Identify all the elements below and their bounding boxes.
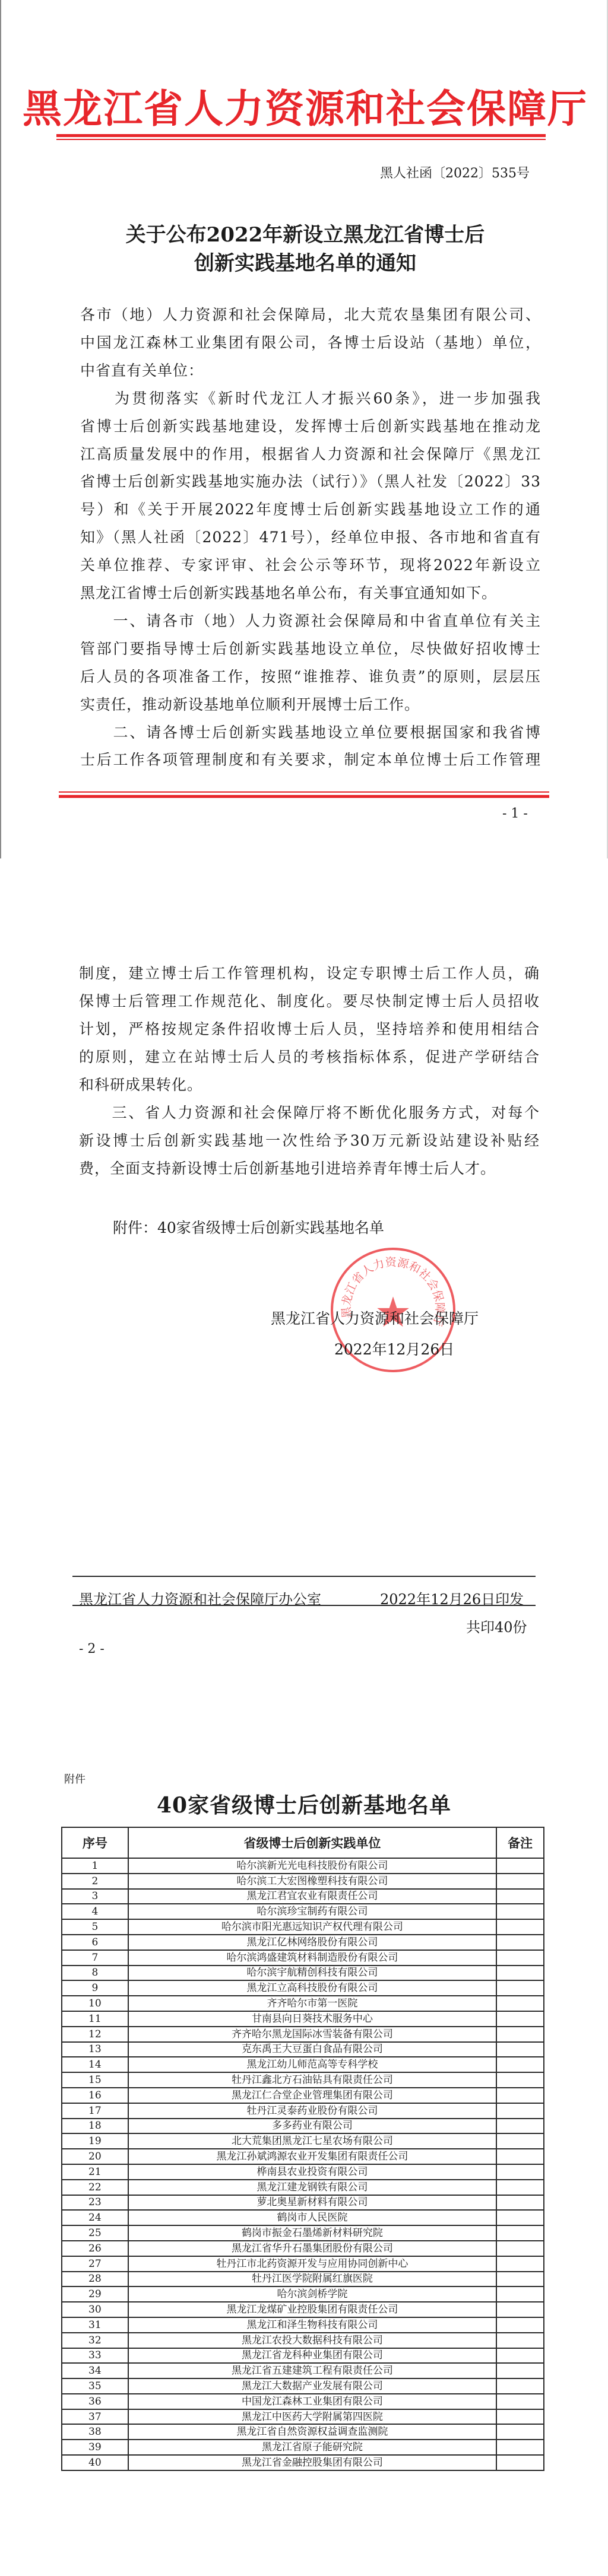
table-row: 37黑龙江中医药大学附属第四医院 bbox=[62, 2409, 544, 2425]
table-row: 38黑龙江省自然资源权益调查监测院 bbox=[62, 2424, 544, 2440]
row-remark bbox=[496, 2057, 544, 2072]
table-row: 16黑龙江仁合堂企业管理集团有限公司 bbox=[62, 2088, 544, 2103]
table-row: 17牡丹江灵泰药业股份有限公司 bbox=[62, 2103, 544, 2119]
row-remark bbox=[496, 2195, 544, 2211]
row-unit-name: 牡丹江医学院附属红旗医院 bbox=[128, 2272, 496, 2287]
table-row: 26黑龙江省华升石墨集团股份有限公司 bbox=[62, 2241, 544, 2256]
row-index: 8 bbox=[62, 1966, 128, 1981]
table-row: 19北大荒集团黑龙江七星农场有限公司 bbox=[62, 2133, 544, 2149]
row-index: 33 bbox=[62, 2348, 128, 2364]
table-row: 29哈尔滨剑桥学院 bbox=[62, 2286, 544, 2302]
row-unit-name: 黑龙江农投大数据科技有限公司 bbox=[128, 2333, 496, 2348]
row-unit-name: 克东禹王大豆蛋白食品有限公司 bbox=[128, 2042, 496, 2057]
row-remark bbox=[496, 2409, 544, 2425]
table-row: 33黑龙江省龙科种业集团有限公司 bbox=[62, 2348, 544, 2364]
body-line: 保博士后管理工作规范化、制度化。要尽快制定博士后人员招收 bbox=[79, 993, 540, 1010]
table-row: 4哈尔滨珍宝制药有限公司 bbox=[62, 1904, 544, 1919]
table-row: 8哈尔滨宇航精创科技有限公司 bbox=[62, 1966, 544, 1981]
table-header-row: 序号 省级博士后创新实践单位 备注 bbox=[62, 1827, 544, 1858]
page-2: 制度，建立博士后工作管理机构，设定专职博士后工作人员，确保博士后管理工作规范化、… bbox=[0, 859, 608, 1654]
table-row: 2哈尔滨工大宏图橡塑科技有限公司 bbox=[62, 1874, 544, 1889]
row-remark bbox=[496, 2440, 544, 2455]
table-row: 14黑龙江幼儿师范高等专科学校 bbox=[62, 2057, 544, 2072]
row-index: 16 bbox=[62, 2088, 128, 2103]
row-unit-name: 哈尔滨新光光电科技股份有限公司 bbox=[128, 1858, 496, 1874]
table-row: 5哈尔滨市阳光惠远知识产权代理有限公司 bbox=[62, 1919, 544, 1935]
page-1: 黑龙江省人力资源和社会保障厅 黑人社函〔2022〕535号 关于公布2022年新… bbox=[0, 0, 608, 858]
row-index: 34 bbox=[62, 2363, 128, 2378]
attachment-page: 附件 40家省级博士后创新基地名单 序号 省级博士后创新实践单位 备注 1哈尔滨… bbox=[0, 1654, 608, 2576]
row-index: 11 bbox=[62, 2011, 128, 2027]
row-remark bbox=[496, 1966, 544, 1981]
table-row: 40黑龙江省金融控股集团有限公司 bbox=[62, 2455, 544, 2470]
row-index: 24 bbox=[62, 2210, 128, 2225]
row-remark bbox=[496, 2378, 544, 2394]
row-remark bbox=[496, 1919, 544, 1935]
row-remark bbox=[496, 2210, 544, 2225]
row-unit-name: 黑龙江亿林网络股份有限公司 bbox=[128, 1935, 496, 1950]
row-index: 19 bbox=[62, 2133, 128, 2149]
row-index: 29 bbox=[62, 2286, 128, 2302]
table-row: 34黑龙江省五建建筑工程有限责任公司 bbox=[62, 2363, 544, 2378]
attachment-reference: 附件：40家省级博士后创新实践基地名单 bbox=[113, 1219, 384, 1237]
body-line: 省博士后创新实践基地实施办法（试行）》（黑人社发〔2022〕33 bbox=[80, 473, 541, 491]
notice-title-line-1: 关于公布2022年新设立黑龙江省博士后 bbox=[1, 221, 608, 249]
row-index: 40 bbox=[62, 2455, 128, 2470]
issuance-rule-bottom bbox=[72, 1605, 536, 1606]
signature-org: 黑龙江省人力资源和社会保障厅 bbox=[271, 1310, 479, 1328]
row-unit-name: 哈尔滨市阳光惠远知识产权代理有限公司 bbox=[128, 1919, 496, 1935]
row-unit-name: 黑龙江省龙科种业集团有限公司 bbox=[128, 2348, 496, 2364]
row-remark bbox=[496, 2088, 544, 2103]
attachment-label: 附件 bbox=[64, 1771, 85, 1786]
table-row: 12齐齐哈尔黑龙国际冰雪装备有限公司 bbox=[62, 2027, 544, 2042]
row-remark bbox=[496, 2272, 544, 2287]
row-unit-name: 牡丹江市北药资源开发与应用协同创新中心 bbox=[128, 2256, 496, 2272]
row-index: 5 bbox=[62, 1919, 128, 1935]
body-line: 实责任，推动新设基地单位顺利开展博士后工作。 bbox=[80, 696, 541, 714]
body-line: 中国龙江森林工业集团有限公司，各博士后设站（基地）单位， bbox=[80, 334, 541, 352]
row-index: 10 bbox=[62, 1996, 128, 2011]
row-remark bbox=[496, 2164, 544, 2180]
footer-rule-thin bbox=[59, 791, 549, 793]
row-index: 6 bbox=[62, 1935, 128, 1950]
row-remark bbox=[496, 1996, 544, 2011]
notice-title-line-2: 创新实践基地名单的通知 bbox=[1, 249, 608, 278]
row-index: 9 bbox=[62, 1980, 128, 1996]
row-index: 28 bbox=[62, 2272, 128, 2287]
row-remark bbox=[496, 2256, 544, 2272]
row-index: 1 bbox=[62, 1858, 128, 1874]
row-index: 31 bbox=[62, 2317, 128, 2333]
row-index: 20 bbox=[62, 2149, 128, 2164]
table-row: 20黑龙江孙斌鸿源农业开发集团有限责任公司 bbox=[62, 2149, 544, 2164]
body-line: 后人员的各项准备工作，按照“谁推荐、谁负责”的原则，层层压 bbox=[80, 668, 541, 686]
row-unit-name: 中国龙江森林工业集团有限公司 bbox=[128, 2394, 496, 2409]
row-unit-name: 黑龙江君宜农业有限责任公司 bbox=[128, 1889, 496, 1904]
row-remark bbox=[496, 2119, 544, 2134]
row-index: 2 bbox=[62, 1874, 128, 1889]
column-header-unit: 省级博士后创新实践单位 bbox=[128, 1827, 496, 1858]
body-line: 的原则，建立在站博士后人员的考核指标体系，促进产学研结合 bbox=[79, 1048, 540, 1066]
page-number: - 1 - bbox=[502, 806, 528, 822]
row-unit-name: 黑龙江仁合堂企业管理集团有限公司 bbox=[128, 2088, 496, 2103]
row-remark bbox=[496, 2394, 544, 2409]
row-unit-name: 黑龙江大数据产业发展有限公司 bbox=[128, 2378, 496, 2394]
row-unit-name: 黑龙江省华升石墨集团股份有限公司 bbox=[128, 2241, 496, 2256]
row-remark bbox=[496, 1980, 544, 1996]
column-header-index: 序号 bbox=[62, 1827, 128, 1858]
row-remark bbox=[496, 1874, 544, 1889]
base-list-table: 序号 省级博士后创新实践单位 备注 1哈尔滨新光光电科技股份有限公司2哈尔滨工大… bbox=[61, 1827, 544, 2471]
body-line: 制度，建立博士后工作管理机构，设定专职博士后工作人员，确 bbox=[79, 965, 540, 982]
column-header-remark: 备注 bbox=[496, 1827, 544, 1858]
row-remark bbox=[496, 2103, 544, 2119]
body-line: 江高质量发展中的作用，根据省人力资源和社会保障厅《黑龙江 bbox=[80, 446, 541, 463]
row-remark bbox=[496, 2072, 544, 2088]
body-line: 省博士后创新实践基地建设，发挥博士后创新实践基地在推动龙 bbox=[80, 418, 541, 435]
table-row: 15牡丹江鑫北方石油钻具有限责任公司 bbox=[62, 2072, 544, 2088]
body-line: 一、请各市（地）人力资源社会保障局和中省直单位有关主 bbox=[80, 612, 541, 630]
body-line: 管部门要指导博士后创新实践基地设立单位，尽快做好招收博士 bbox=[80, 640, 541, 658]
row-remark bbox=[496, 2348, 544, 2364]
row-unit-name: 桦南县农业投资有限公司 bbox=[128, 2164, 496, 2180]
row-remark bbox=[496, 2286, 544, 2302]
row-unit-name: 鹤岗市振金石墨烯新材料研究院 bbox=[128, 2225, 496, 2241]
body-line: 各市（地）人力资源和社会保障局，北大荒农垦集团有限公司、 bbox=[80, 306, 541, 324]
table-row: 22黑龙江建龙钢铁有限公司 bbox=[62, 2180, 544, 2195]
table-row: 11甘南县向日葵技术服务中心 bbox=[62, 2011, 544, 2027]
attachment-title: 40家省级博士后创新基地名单 bbox=[0, 1791, 608, 1820]
body-line: 新设博士后创新实践基地一次性给予30万元新设站建设补贴经 bbox=[79, 1132, 540, 1150]
row-remark bbox=[496, 2241, 544, 2256]
signature-date: 2022年12月26日 bbox=[334, 1341, 454, 1359]
row-unit-name: 黑龙江幼儿师范高等专科学校 bbox=[128, 2057, 496, 2072]
copies-count: 共印40份 bbox=[466, 1618, 527, 1636]
row-index: 36 bbox=[62, 2394, 128, 2409]
table-row: 25鹤岗市振金石墨烯新材料研究院 bbox=[62, 2225, 544, 2241]
row-index: 14 bbox=[62, 2057, 128, 2072]
footer-rule-thick bbox=[59, 795, 549, 798]
row-unit-name: 黑龙江孙斌鸿源农业开发集团有限责任公司 bbox=[128, 2149, 496, 2164]
body-line: 号）和《关于开展2022年度博士后创新实践基地设立工作的通 bbox=[80, 501, 541, 519]
row-index: 32 bbox=[62, 2333, 128, 2348]
row-unit-name: 鹤岗市人民医院 bbox=[128, 2210, 496, 2225]
row-unit-name: 齐齐哈尔黑龙国际冰雪装备有限公司 bbox=[128, 2027, 496, 2042]
row-remark bbox=[496, 1935, 544, 1950]
body-line: 费，全面支持新设博士后创新基地引进培养青年博士后人才。 bbox=[79, 1160, 540, 1178]
row-unit-name: 牡丹江鑫北方石油钻具有限责任公司 bbox=[128, 2072, 496, 2088]
body-line: 和科研成果转化。 bbox=[79, 1076, 540, 1094]
row-remark bbox=[496, 2333, 544, 2348]
row-index: 12 bbox=[62, 2027, 128, 2042]
table-row: 13克东禹王大豆蛋白食品有限公司 bbox=[62, 2042, 544, 2057]
row-index: 30 bbox=[62, 2302, 128, 2317]
table-row: 18多多药业有限公司 bbox=[62, 2119, 544, 2134]
row-remark bbox=[496, 2424, 544, 2440]
table-row: 10齐齐哈尔市第一医院 bbox=[62, 1996, 544, 2011]
row-index: 13 bbox=[62, 2042, 128, 2057]
table-row: 36中国龙江森林工业集团有限公司 bbox=[62, 2394, 544, 2409]
row-remark bbox=[496, 2455, 544, 2470]
row-unit-name: 牡丹江灵泰药业股份有限公司 bbox=[128, 2103, 496, 2119]
row-unit-name: 哈尔滨珍宝制药有限公司 bbox=[128, 1904, 496, 1919]
row-unit-name: 黑龙江龙煤矿业控股集团有限责任公司 bbox=[128, 2302, 496, 2317]
row-index: 15 bbox=[62, 2072, 128, 2088]
row-remark bbox=[496, 2317, 544, 2333]
row-index: 37 bbox=[62, 2409, 128, 2425]
row-unit-name: 黑龙江省原子能研究院 bbox=[128, 2440, 496, 2455]
row-unit-name: 黑龙江省自然资源权益调查监测院 bbox=[128, 2424, 496, 2440]
header-rule-thick bbox=[56, 134, 546, 137]
row-unit-name: 哈尔滨鸿盛建筑材料制造股份有限公司 bbox=[128, 1950, 496, 1966]
body-line: 二、请各博士后创新实践基地设立单位要根据国家和我省博 bbox=[80, 724, 541, 742]
table-row: 9黑龙江立高科技股份有限公司 bbox=[62, 1980, 544, 1996]
row-remark bbox=[496, 1904, 544, 1919]
row-unit-name: 齐齐哈尔市第一医院 bbox=[128, 1996, 496, 2011]
row-remark bbox=[496, 2363, 544, 2378]
row-remark bbox=[496, 2225, 544, 2241]
row-index: 25 bbox=[62, 2225, 128, 2241]
document-number: 黑人社函〔2022〕535号 bbox=[380, 165, 530, 183]
row-unit-name: 黑龙江省金融控股集团有限公司 bbox=[128, 2455, 496, 2470]
row-remark bbox=[496, 2042, 544, 2057]
body-line: 士后工作各项管理制度和有关要求，制定本单位博士后工作管理 bbox=[80, 751, 541, 769]
table-row: 27牡丹江市北药资源开发与应用协同创新中心 bbox=[62, 2256, 544, 2272]
row-remark bbox=[496, 2133, 544, 2149]
row-unit-name: 多多药业有限公司 bbox=[128, 2119, 496, 2134]
row-unit-name: 北大荒集团黑龙江七星农场有限公司 bbox=[128, 2133, 496, 2149]
row-unit-name: 黑龙江立高科技股份有限公司 bbox=[128, 1980, 496, 1996]
row-index: 38 bbox=[62, 2424, 128, 2440]
table-row: 24鹤岗市人民医院 bbox=[62, 2210, 544, 2225]
row-index: 17 bbox=[62, 2103, 128, 2119]
table-row: 39黑龙江省原子能研究院 bbox=[62, 2440, 544, 2455]
row-index: 21 bbox=[62, 2164, 128, 2180]
row-remark bbox=[496, 2011, 544, 2027]
body-line: 三、省人力资源和社会保障厅将不断优化服务方式，对每个 bbox=[79, 1104, 540, 1122]
row-remark bbox=[496, 1858, 544, 1874]
row-unit-name: 哈尔滨宇航精创科技有限公司 bbox=[128, 1966, 496, 1981]
row-unit-name: 哈尔滨剑桥学院 bbox=[128, 2286, 496, 2302]
body-line: 计划，严格按规定条件招收博士后人员，坚持培养和使用相结合 bbox=[79, 1020, 540, 1038]
row-index: 22 bbox=[62, 2180, 128, 2195]
row-remark bbox=[496, 2180, 544, 2195]
issuance-rule-top bbox=[72, 1576, 536, 1577]
body-line: 知》（黑人社函〔2022〕471号），经单位申报、各市地和省直有 bbox=[80, 529, 541, 546]
row-unit-name: 黑龙江中医药大学附属第四医院 bbox=[128, 2409, 496, 2425]
body-line: 中省直有关单位： bbox=[80, 362, 541, 380]
row-index: 23 bbox=[62, 2195, 128, 2211]
row-index: 39 bbox=[62, 2440, 128, 2455]
row-unit-name: 萝北奥星新材料有限公司 bbox=[128, 2195, 496, 2211]
row-index: 7 bbox=[62, 1950, 128, 1966]
row-remark bbox=[496, 1950, 544, 1966]
row-index: 27 bbox=[62, 2256, 128, 2272]
body-line: 为贯彻落实《新时代龙江人才振兴60条》，进一步加强我 bbox=[80, 390, 541, 408]
table-row: 6黑龙江亿林网络股份有限公司 bbox=[62, 1935, 544, 1950]
row-remark bbox=[496, 2027, 544, 2042]
table-row: 28牡丹江医学院附属红旗医院 bbox=[62, 2272, 544, 2287]
row-remark bbox=[496, 2149, 544, 2164]
header-rule-thin bbox=[56, 139, 546, 140]
row-unit-name: 甘南县向日葵技术服务中心 bbox=[128, 2011, 496, 2027]
table-row: 21桦南县农业投资有限公司 bbox=[62, 2164, 544, 2180]
org-header: 黑龙江省人力资源和社会保障厅 bbox=[1, 85, 608, 132]
row-remark bbox=[496, 2302, 544, 2317]
row-unit-name: 黑龙江省五建建筑工程有限责任公司 bbox=[128, 2363, 496, 2378]
table-row: 1哈尔滨新光光电科技股份有限公司 bbox=[62, 1858, 544, 1874]
table-row: 31黑龙江和泽生物科技有限公司 bbox=[62, 2317, 544, 2333]
table-row: 3黑龙江君宜农业有限责任公司 bbox=[62, 1889, 544, 1904]
row-index: 3 bbox=[62, 1889, 128, 1904]
table-row: 7哈尔滨鸿盛建筑材料制造股份有限公司 bbox=[62, 1950, 544, 1966]
table-row: 30黑龙江龙煤矿业控股集团有限责任公司 bbox=[62, 2302, 544, 2317]
row-unit-name: 黑龙江建龙钢铁有限公司 bbox=[128, 2180, 496, 2195]
row-index: 35 bbox=[62, 2378, 128, 2394]
row-index: 26 bbox=[62, 2241, 128, 2256]
row-index: 4 bbox=[62, 1904, 128, 1919]
row-unit-name: 哈尔滨工大宏图橡塑科技有限公司 bbox=[128, 1874, 496, 1889]
body-line: 黑龙江省博士后创新实践基地名单公布，有关事宜通知如下。 bbox=[80, 584, 541, 602]
body-line: 关单位推荐、专家评审、社会公示等环节，现将2022年新设立 bbox=[80, 556, 541, 574]
table-row: 32黑龙江农投大数据科技有限公司 bbox=[62, 2333, 544, 2348]
row-remark bbox=[496, 1889, 544, 1904]
table-row: 23萝北奥星新材料有限公司 bbox=[62, 2195, 544, 2211]
row-index: 18 bbox=[62, 2119, 128, 2134]
table-row: 35黑龙江大数据产业发展有限公司 bbox=[62, 2378, 544, 2394]
row-unit-name: 黑龙江和泽生物科技有限公司 bbox=[128, 2317, 496, 2333]
